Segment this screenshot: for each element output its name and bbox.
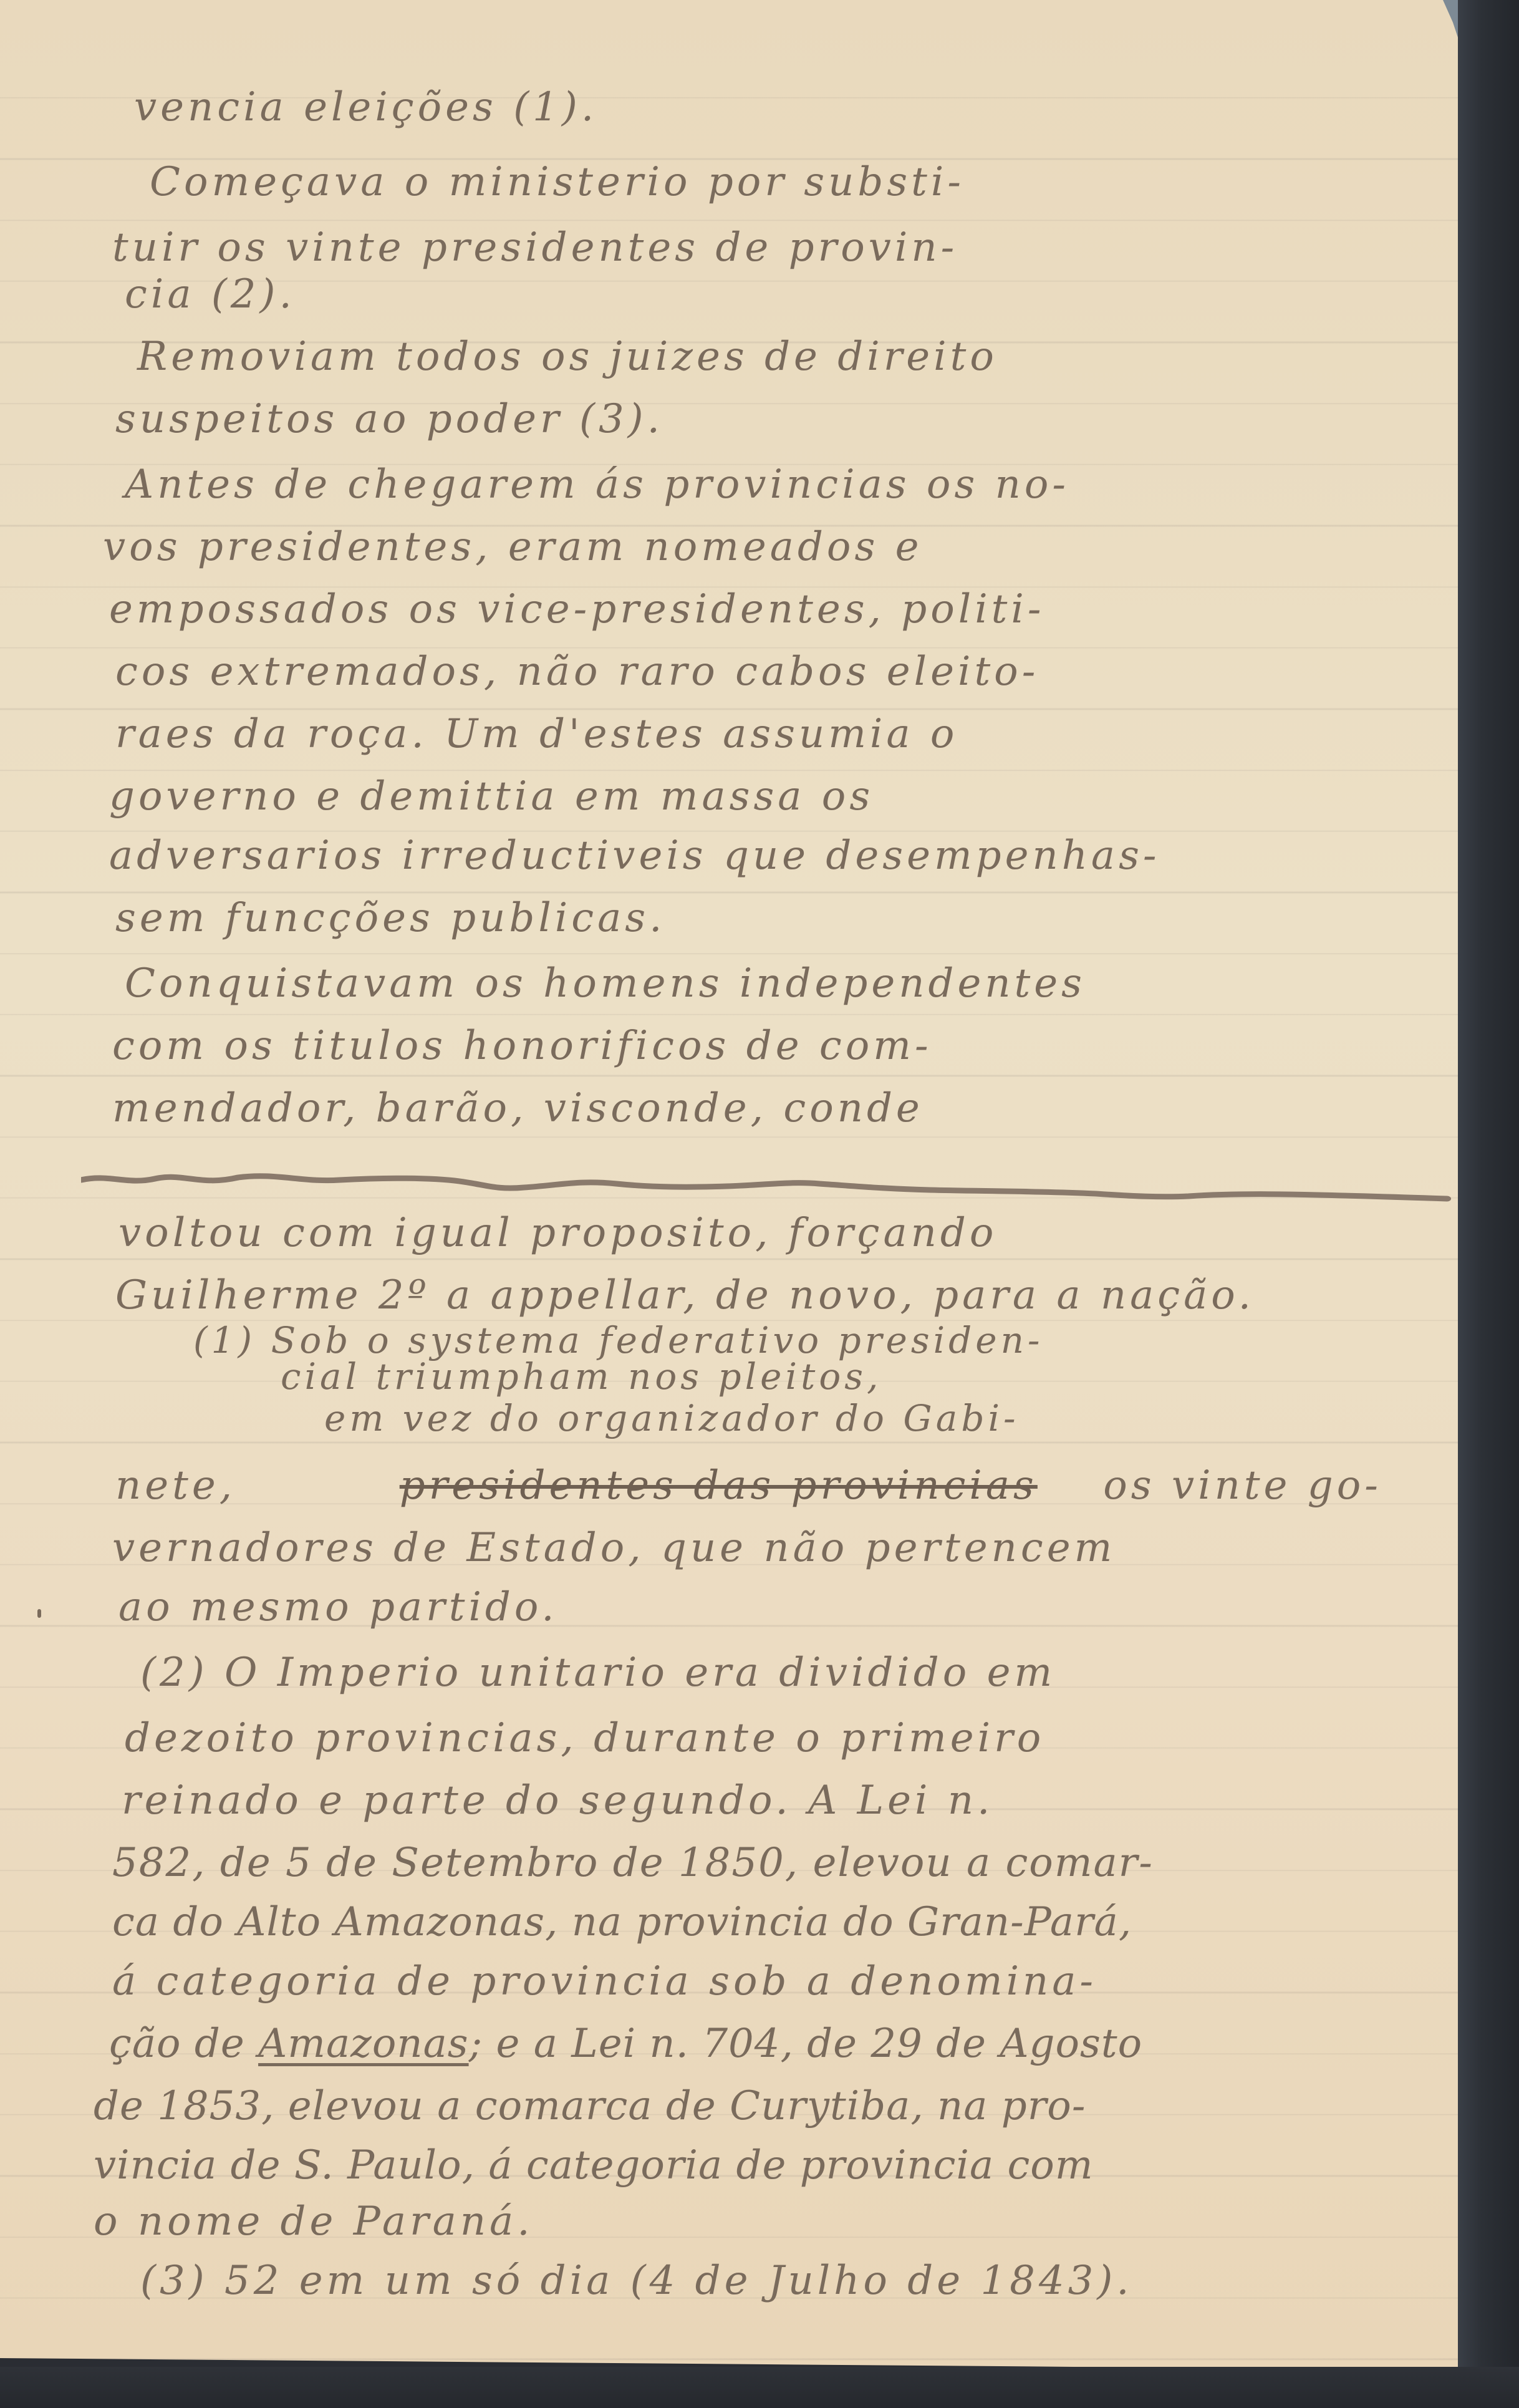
torn-corner [1433, 0, 1458, 37]
footnote-2-line: dezoito provincias, durante o primeiro [125, 1718, 1044, 1758]
body-line: cos extremados, não raro cabos eleito- [115, 652, 1039, 692]
footnote-2-line: ca do Alto Amazonas, na provincia do Gra… [112, 1902, 1132, 1942]
footnote-2-line-with-underline: ção de Amazonas; e a Lei n. 704, de 29 d… [109, 2024, 1142, 2064]
footnote-1-line: cial triumpham nos pleitos, [281, 1358, 882, 1395]
footnote-2-line: de 1853, elevou a comarca de Curytiba, n… [94, 2086, 1086, 2126]
struck-through-text: presidentes das provincias [400, 1463, 1038, 1509]
body-line: governo e demittia em massa os [109, 776, 874, 816]
body-line: Começava o ministerio por substi- [150, 162, 965, 202]
continuation-line: Guilherme 2º a appellar, de novo, para a… [115, 1275, 1255, 1315]
body-line: mendador, barão, visconde, conde [112, 1088, 923, 1128]
footnote-1-line: ao mesmo partido. [118, 1587, 558, 1627]
body-line: Conquistavam os homens independentes [125, 964, 1086, 1003]
text-before: ção de [109, 2021, 258, 2067]
footnote-1-line: em vez do organizador do Gabi- [324, 1400, 1020, 1436]
footnote-2-line: vincia de S. Paulo, á categoria de provi… [94, 2145, 1094, 2185]
continuation-line: voltou com igual proposito, forçando [118, 1213, 997, 1253]
footnote-2-line: á categoria de provincia sob a denomina- [112, 1961, 1097, 2001]
body-line: adversarios irreductiveis que desempenha… [109, 836, 1160, 876]
wavy-divider [81, 1173, 1453, 1204]
text-after: ; e a Lei n. 704, de 29 de Agosto [469, 2021, 1143, 2067]
footnote-2-line: (2) O Imperio unitario era dividido em [140, 1653, 1056, 1693]
body-line: sem funcções publicas. [115, 898, 665, 938]
body-line: Removiam todos os juizes de direito [137, 337, 998, 377]
body-line: suspeitos ao poder (3). [115, 399, 663, 439]
body-line: empossados os vice-presidentes, politi- [109, 589, 1044, 629]
body-line: vencia eleições (1). [134, 87, 597, 127]
body-line: vos presidentes, eram nomeados e [103, 527, 923, 567]
manuscript-page: vencia eleições (1). Começava o minister… [0, 0, 1458, 2370]
scan-background-right [1458, 0, 1519, 2408]
ink-mark [37, 1609, 41, 1618]
footnote-1-line-with-strike: nete, presidentes das provincias os vint… [115, 1466, 1382, 1506]
body-line: Antes de chegarem ás provincias os no- [125, 465, 1069, 505]
footnote-1-line: vernadores de Estado, que não pertencem [112, 1528, 1116, 1568]
body-line: cia (2). [125, 274, 296, 314]
footnote-2-line: reinado e parte do segundo. A Lei n. [122, 1781, 993, 1821]
footnote-3-line: (3) 52 em um só dia (4 de Julho de 1843)… [140, 2261, 1133, 2301]
text-before: nete, [115, 1463, 236, 1509]
body-line: raes da roça. Um d'estes assumia o [115, 714, 958, 754]
underlined-word: Amazonas [258, 2021, 469, 2067]
footnote-2-line: 582, de 5 de Setembro de 1850, elevou a … [112, 1843, 1154, 1883]
footnote-2-line: o nome de Paraná. [94, 2202, 534, 2241]
body-line: com os titulos honorificos de com- [112, 1026, 932, 1066]
text-after: os vinte go- [1103, 1463, 1382, 1509]
scan-background-bottom [0, 2367, 1519, 2408]
footnote-1-line: (1) Sob o systema federativo presiden- [193, 1322, 1044, 1358]
body-line: tuir os vinte presidentes de provin- [112, 228, 958, 268]
